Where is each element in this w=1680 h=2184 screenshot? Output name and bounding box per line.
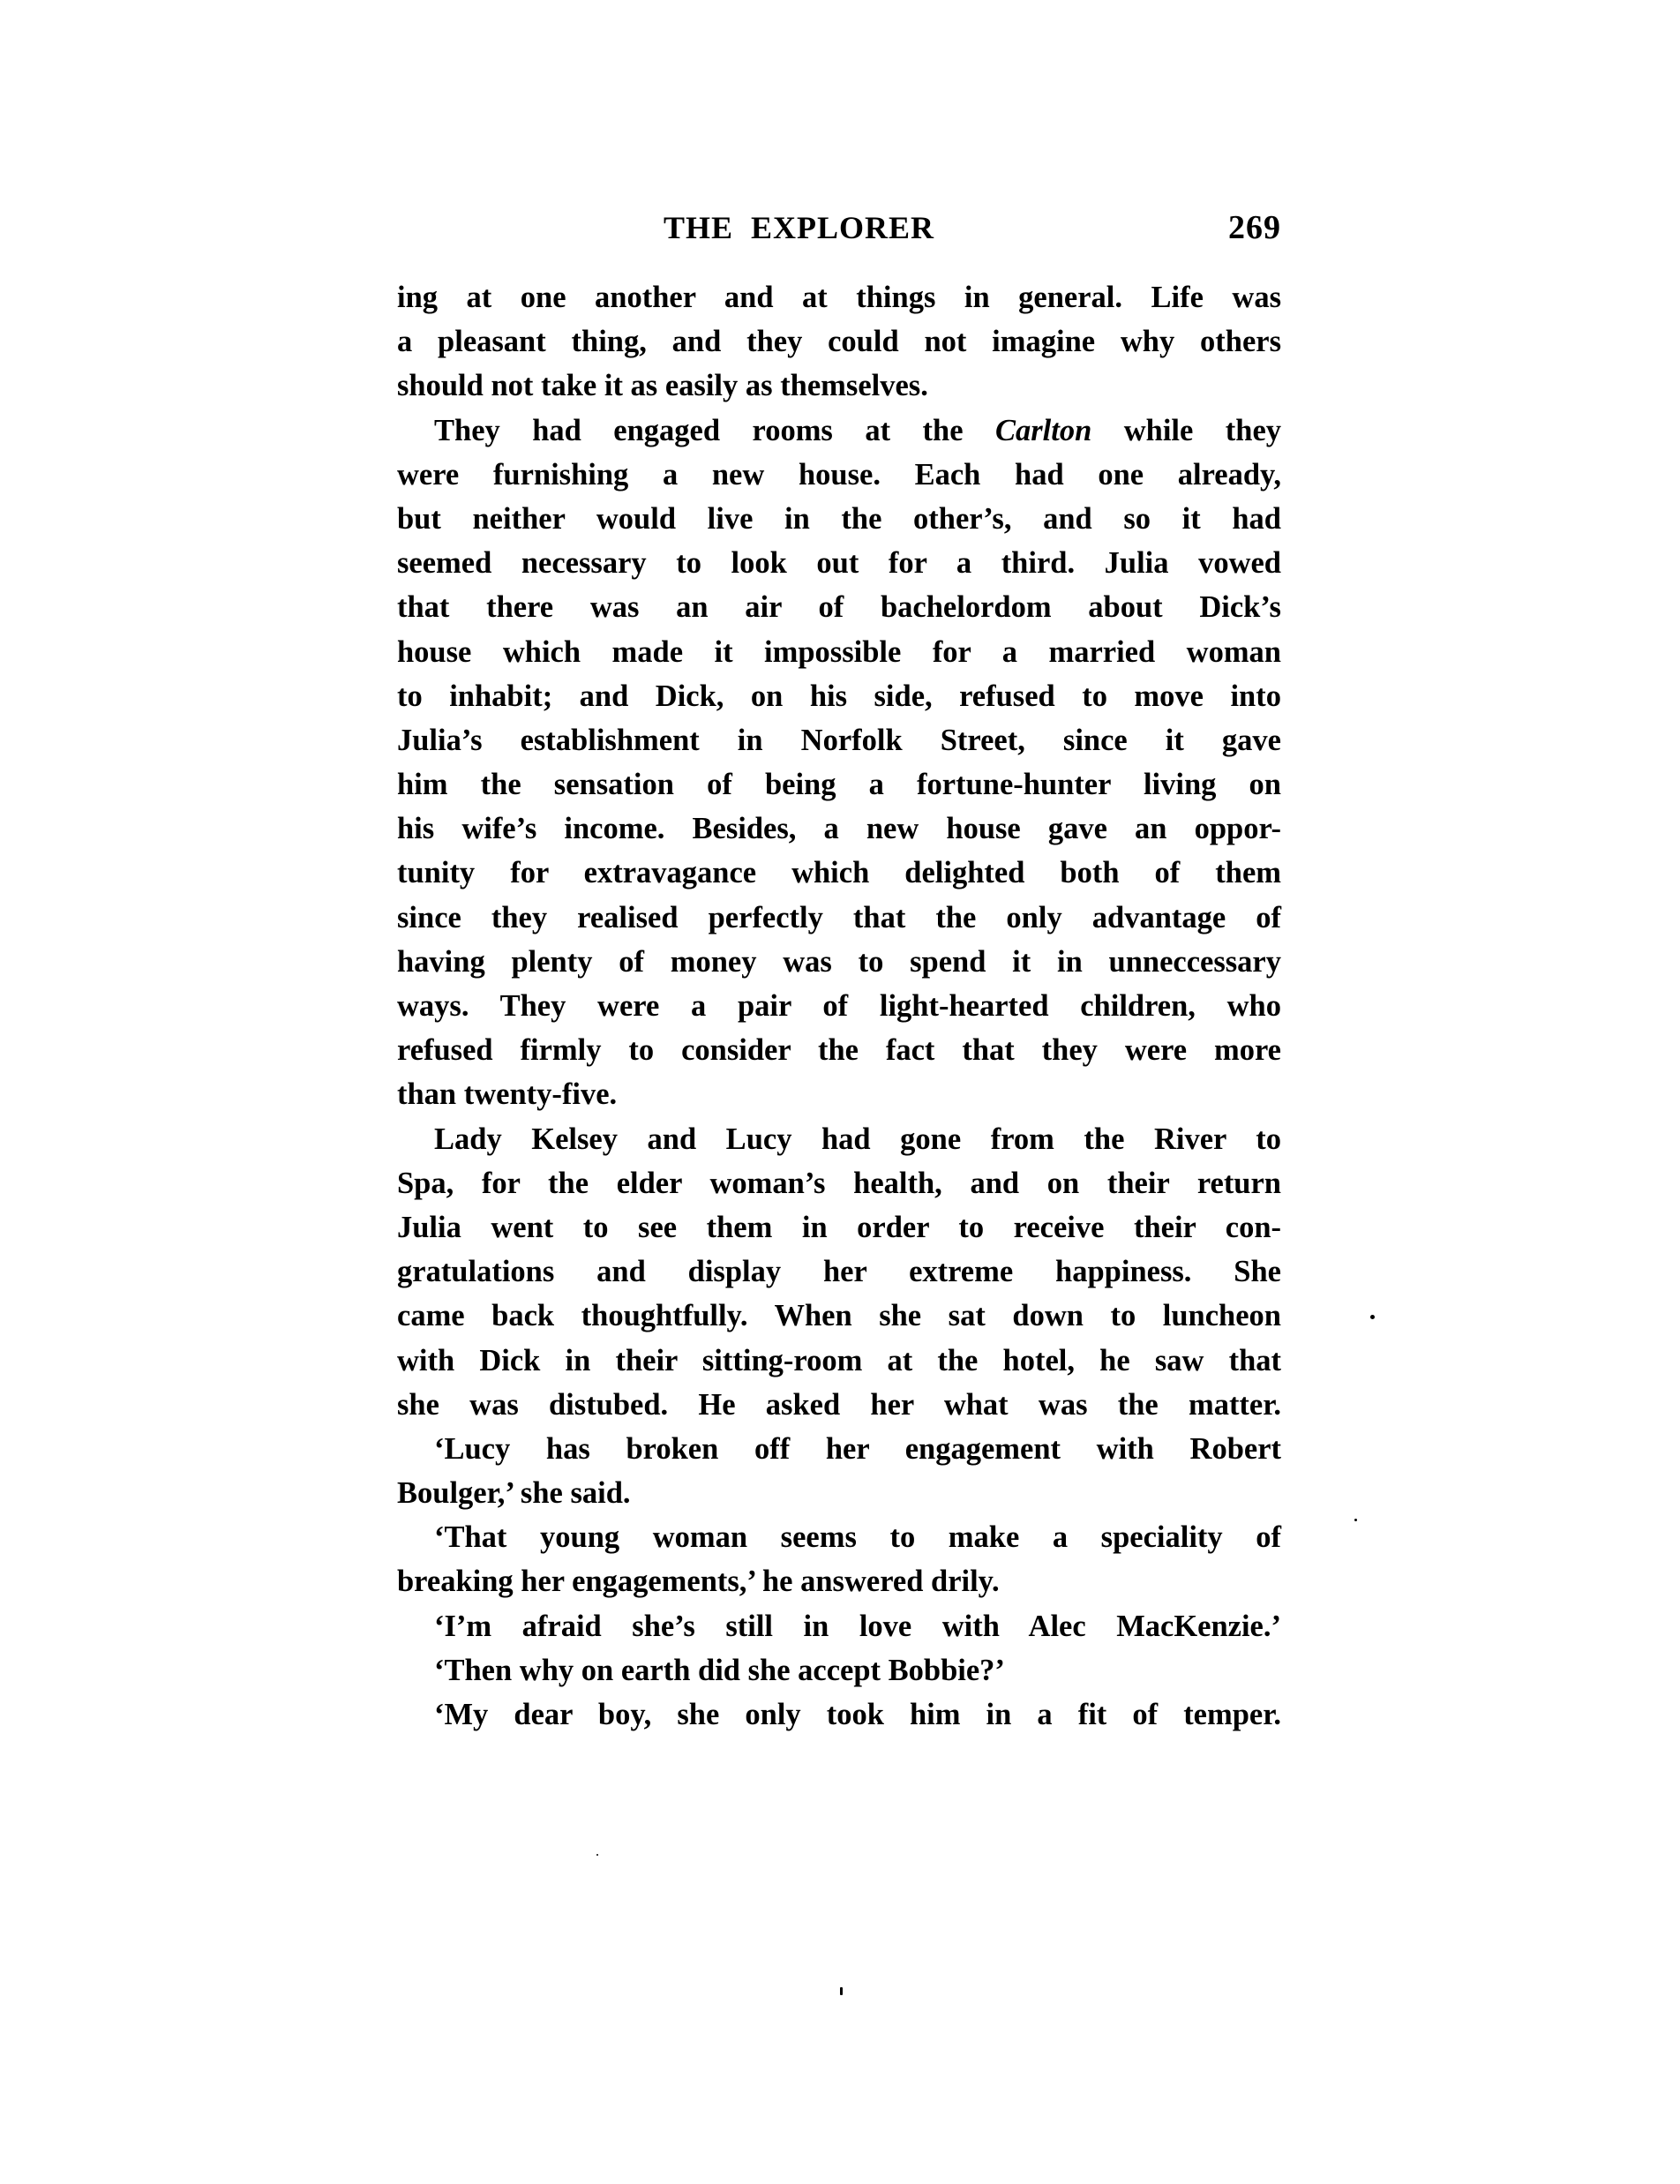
scan-speck (1370, 1315, 1375, 1319)
page-number: 269 (1228, 205, 1281, 251)
text-line: gratulations and display her extreme hap… (397, 1250, 1281, 1294)
text-line: came back thoughtfully. When she sat dow… (397, 1294, 1281, 1338)
text-line: Julia went to see them in order to recei… (397, 1205, 1281, 1250)
text-line: house which made it impossible for a mar… (397, 630, 1281, 674)
text-line: ing at one another and at things in gene… (397, 275, 1281, 319)
text-run: They had engaged rooms at the (434, 414, 995, 447)
text-run: while they (1091, 414, 1281, 447)
text-line: since they realised perfectly that the o… (397, 896, 1281, 940)
text-line: Boulger,’ she said. (397, 1471, 1281, 1515)
text-line: tunity for extravagance which delighted … (397, 851, 1281, 895)
text-line: his wife’s income. Besides, a new house … (397, 807, 1281, 851)
text-line: Julia’s establishment in Norfolk Street,… (397, 718, 1281, 762)
text-line: seemed necessary to look out for a third… (397, 541, 1281, 585)
scan-speck (1354, 1519, 1357, 1521)
body-text: ing at one another and at things in gene… (397, 275, 1281, 1737)
italic-text-run: Carlton (995, 414, 1091, 447)
text-line: with Dick in their sitting-room at the h… (397, 1339, 1281, 1383)
text-line: ‘That young woman seems to make a specia… (397, 1515, 1281, 1559)
text-line: should not take it as easily as themselv… (397, 364, 1281, 408)
text-line: Lady Kelsey and Lucy had gone from the R… (397, 1117, 1281, 1161)
text-line: ‘Lucy has broken off her engagement with… (397, 1427, 1281, 1471)
book-page: THE EXPLORER 269 ing at one another and … (0, 0, 1680, 2184)
scan-speck (840, 1987, 843, 1995)
text-line: a pleasant thing, and they could not ima… (397, 319, 1281, 364)
text-line: ‘I’m afraid she’s still in love with Ale… (397, 1604, 1281, 1648)
text-line: ‘Then why on earth did she accept Bobbie… (397, 1648, 1281, 1692)
text-line: than twenty-five. (397, 1072, 1281, 1116)
text-line: breaking her engagements,’ he answered d… (397, 1559, 1281, 1603)
running-title: THE EXPLORER (664, 205, 934, 251)
text-line: were furnishing a new house. Each had on… (397, 453, 1281, 497)
text-line: ‘My dear boy, she only took him in a fit… (397, 1692, 1281, 1737)
text-line: refused firmly to consider the fact that… (397, 1028, 1281, 1072)
text-line: ways. They were a pair of light-hearted … (397, 984, 1281, 1028)
text-line: but neither would live in the other’s, a… (397, 497, 1281, 541)
text-line: to inhabit; and Dick, on his side, refus… (397, 674, 1281, 718)
text-line: They had engaged rooms at the Carlton wh… (397, 409, 1281, 453)
text-line: she was distubed. He asked her what was … (397, 1383, 1281, 1427)
running-head: THE EXPLORER 269 (397, 205, 1281, 251)
text-line: that there was an air of bachelordom abo… (397, 585, 1281, 629)
text-line: Spa, for the elder woman’s health, and o… (397, 1161, 1281, 1205)
text-line: having plenty of money was to spend it i… (397, 940, 1281, 984)
scan-speck (596, 1854, 598, 1856)
text-line: him the sensation of being a fortune-hun… (397, 762, 1281, 807)
